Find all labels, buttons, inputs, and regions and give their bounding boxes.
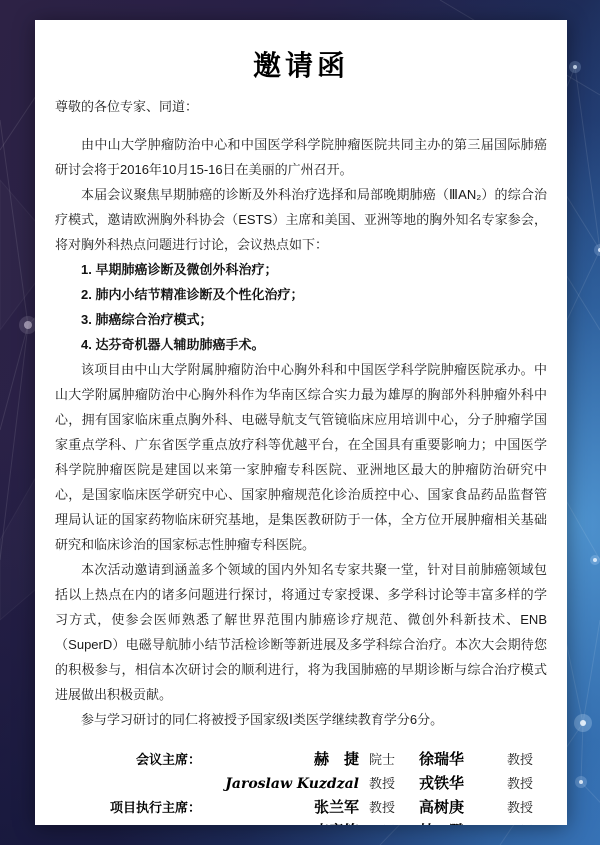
chair-title: 院士 [369, 748, 409, 772]
topic-item-2: 2. 肺内小结节精准诊断及个性化治疗； [81, 282, 547, 307]
signature-row-chairs-1: 会议主席： 赫 捷 院士 徐瑞华 教授 [55, 747, 547, 771]
chair-name: 李章铭 [211, 819, 359, 825]
salutation-line: 尊敬的各位专家、同道： [55, 94, 547, 119]
conference-invitation-page: { "letter": { "title": "邀请函", "salutatio… [0, 0, 600, 845]
chair-name: 林 鹏 [419, 819, 497, 825]
chair-name: 张兰军 [211, 795, 359, 819]
paragraph-announcement: 由中山大学肿瘤防治中心和中国医学科学院肿瘤医院共同主办的第三届国际肺癌研讨会将于… [55, 132, 547, 182]
topic-item-3: 3. 肺癌综合治疗模式； [81, 307, 547, 332]
paragraph-program: 本次活动邀请到涵盖多个领域的国内外知名专家共聚一堂，针对目前肺癌领域包括以上热点… [55, 557, 547, 707]
paragraph-conference-focus: 本届会议聚焦早期肺癌的诊断及外科治疗选择和局部晚期肺癌（ⅢAN₂）的综合治疗模式… [55, 182, 547, 257]
chair-title: 教授 [507, 748, 547, 772]
chair-name: 徐瑞华 [419, 747, 497, 771]
executive-chair-label: 项目执行主席： [55, 796, 201, 820]
chair-name: 赫 捷 [211, 747, 359, 771]
paragraph-organizers: 该项目由中山大学附属肿瘤防治中心胸外科和中国医学科学院肿瘤医院承办。中山大学附属… [55, 357, 547, 557]
chair-title: 教授 [369, 820, 409, 825]
signature-block: 会议主席： 赫 捷 院士 徐瑞华 教授 Jaroslaw Kuzdzal 教授 … [55, 747, 547, 825]
paragraph-credits: 参与学习研讨的同仁将被授予国家级Ⅰ类医学继续教育学分6分。 [55, 707, 547, 732]
page-title: 邀请函 [55, 52, 547, 80]
chair-title: 教授 [507, 796, 547, 820]
chair-title: 教授 [369, 796, 409, 820]
chair-name: Jaroslaw Kuzdzal [211, 772, 359, 796]
invitation-letter-document: 邀请函 尊敬的各位专家、同道： 由中山大学肿瘤防治中心和中国医学科学院肿瘤医院共… [35, 20, 567, 825]
conference-chair-label: 会议主席： [55, 748, 201, 772]
chair-name: 戎铁华 [419, 771, 497, 795]
conference-topics-list: 1. 早期肺癌诊断及微创外科治疗； 2. 肺内小结节精准诊断及个性化治疗； 3.… [55, 257, 547, 357]
signature-row-exec-chairs-1: 项目执行主席： 张兰军 教授 高树庚 教授 [55, 795, 547, 819]
chair-title: 教授 [507, 772, 547, 796]
chair-name: 高树庚 [419, 795, 497, 819]
topic-item-4: 4. 达芬奇机器人辅助肺癌手术。 [81, 332, 547, 357]
chair-title: 教授 [369, 772, 409, 796]
topic-item-1: 1. 早期肺癌诊断及微创外科治疗； [81, 257, 547, 282]
signature-row-chairs-2: Jaroslaw Kuzdzal 教授 戎铁华 教授 [55, 771, 547, 795]
chair-title: 教授 [507, 820, 547, 825]
